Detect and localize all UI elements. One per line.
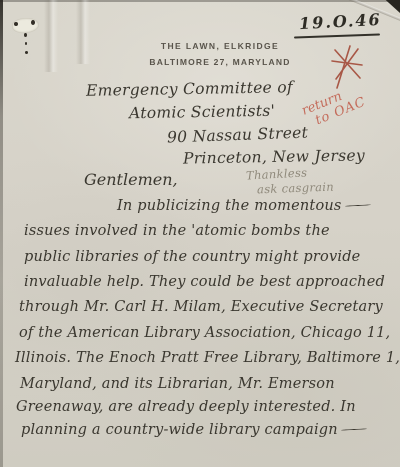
body-line: planning a country-wide library campaign [21,422,367,438]
body-line: public libraries of the country might pr… [24,249,360,265]
red-filing-note: return to OAC [300,82,368,131]
letterhead-line1: THE LAWN, ELKRIDGE [161,41,279,51]
red-asterisk-mark [330,44,364,90]
recipient-line3: 90 Nassau Street [167,124,309,147]
pen-flourish [345,204,371,206]
body-line: invaluable help. They could be best appr… [24,274,385,290]
letterhead-line2: BALTIMORE 27, MARYLAND [110,57,330,67]
pencil-note-line2: ask casgrain [257,180,334,197]
recipient-line2: Atomic Scientists' [129,102,275,123]
scan-edge-top [0,0,400,2]
body-line: issues involved in the 'atomic bombs the [24,223,330,239]
date-underline [294,33,380,38]
staple-hole [14,22,18,26]
body-line: through Mr. Carl H. Milam, Executive Sec… [19,299,383,315]
staple-hole [31,20,35,25]
recipient-line4: Princeton, New Jersey [183,146,365,167]
handwritten-date: 19.O.46 [299,10,383,33]
body-line-text: In publicizing the momentous [117,198,342,214]
pen-flourish [341,428,367,430]
body-line: Maryland, and its Librarian, Mr. Emerson [20,376,335,392]
recipient-line1: Emergency Committee of [86,78,293,100]
scan-edge-left [0,0,3,467]
body-line: Greenaway, are already deeply interested… [16,399,356,415]
body-line: Illinois. The Enoch Pratt Free Library, … [15,350,400,366]
body-line-text: planning a country-wide library campaign [21,422,338,438]
staple-hole [24,33,27,37]
letterhead: THE LAWN, ELKRIDGE BALTIMORE 27, MARYLAN… [110,41,330,67]
body-line: In publicizing the momentous [117,198,371,214]
staple-hole [25,51,28,54]
paper-crease [76,0,90,64]
staple-hole [25,42,27,45]
salutation: Gentlemen, [84,170,178,189]
body-line: of the American Library Association, Chi… [19,325,390,341]
letter-scan: 19.O.46 THE LAWN, ELKRIDGE BALTIMORE 27,… [0,0,400,467]
paper-crease [44,0,58,72]
